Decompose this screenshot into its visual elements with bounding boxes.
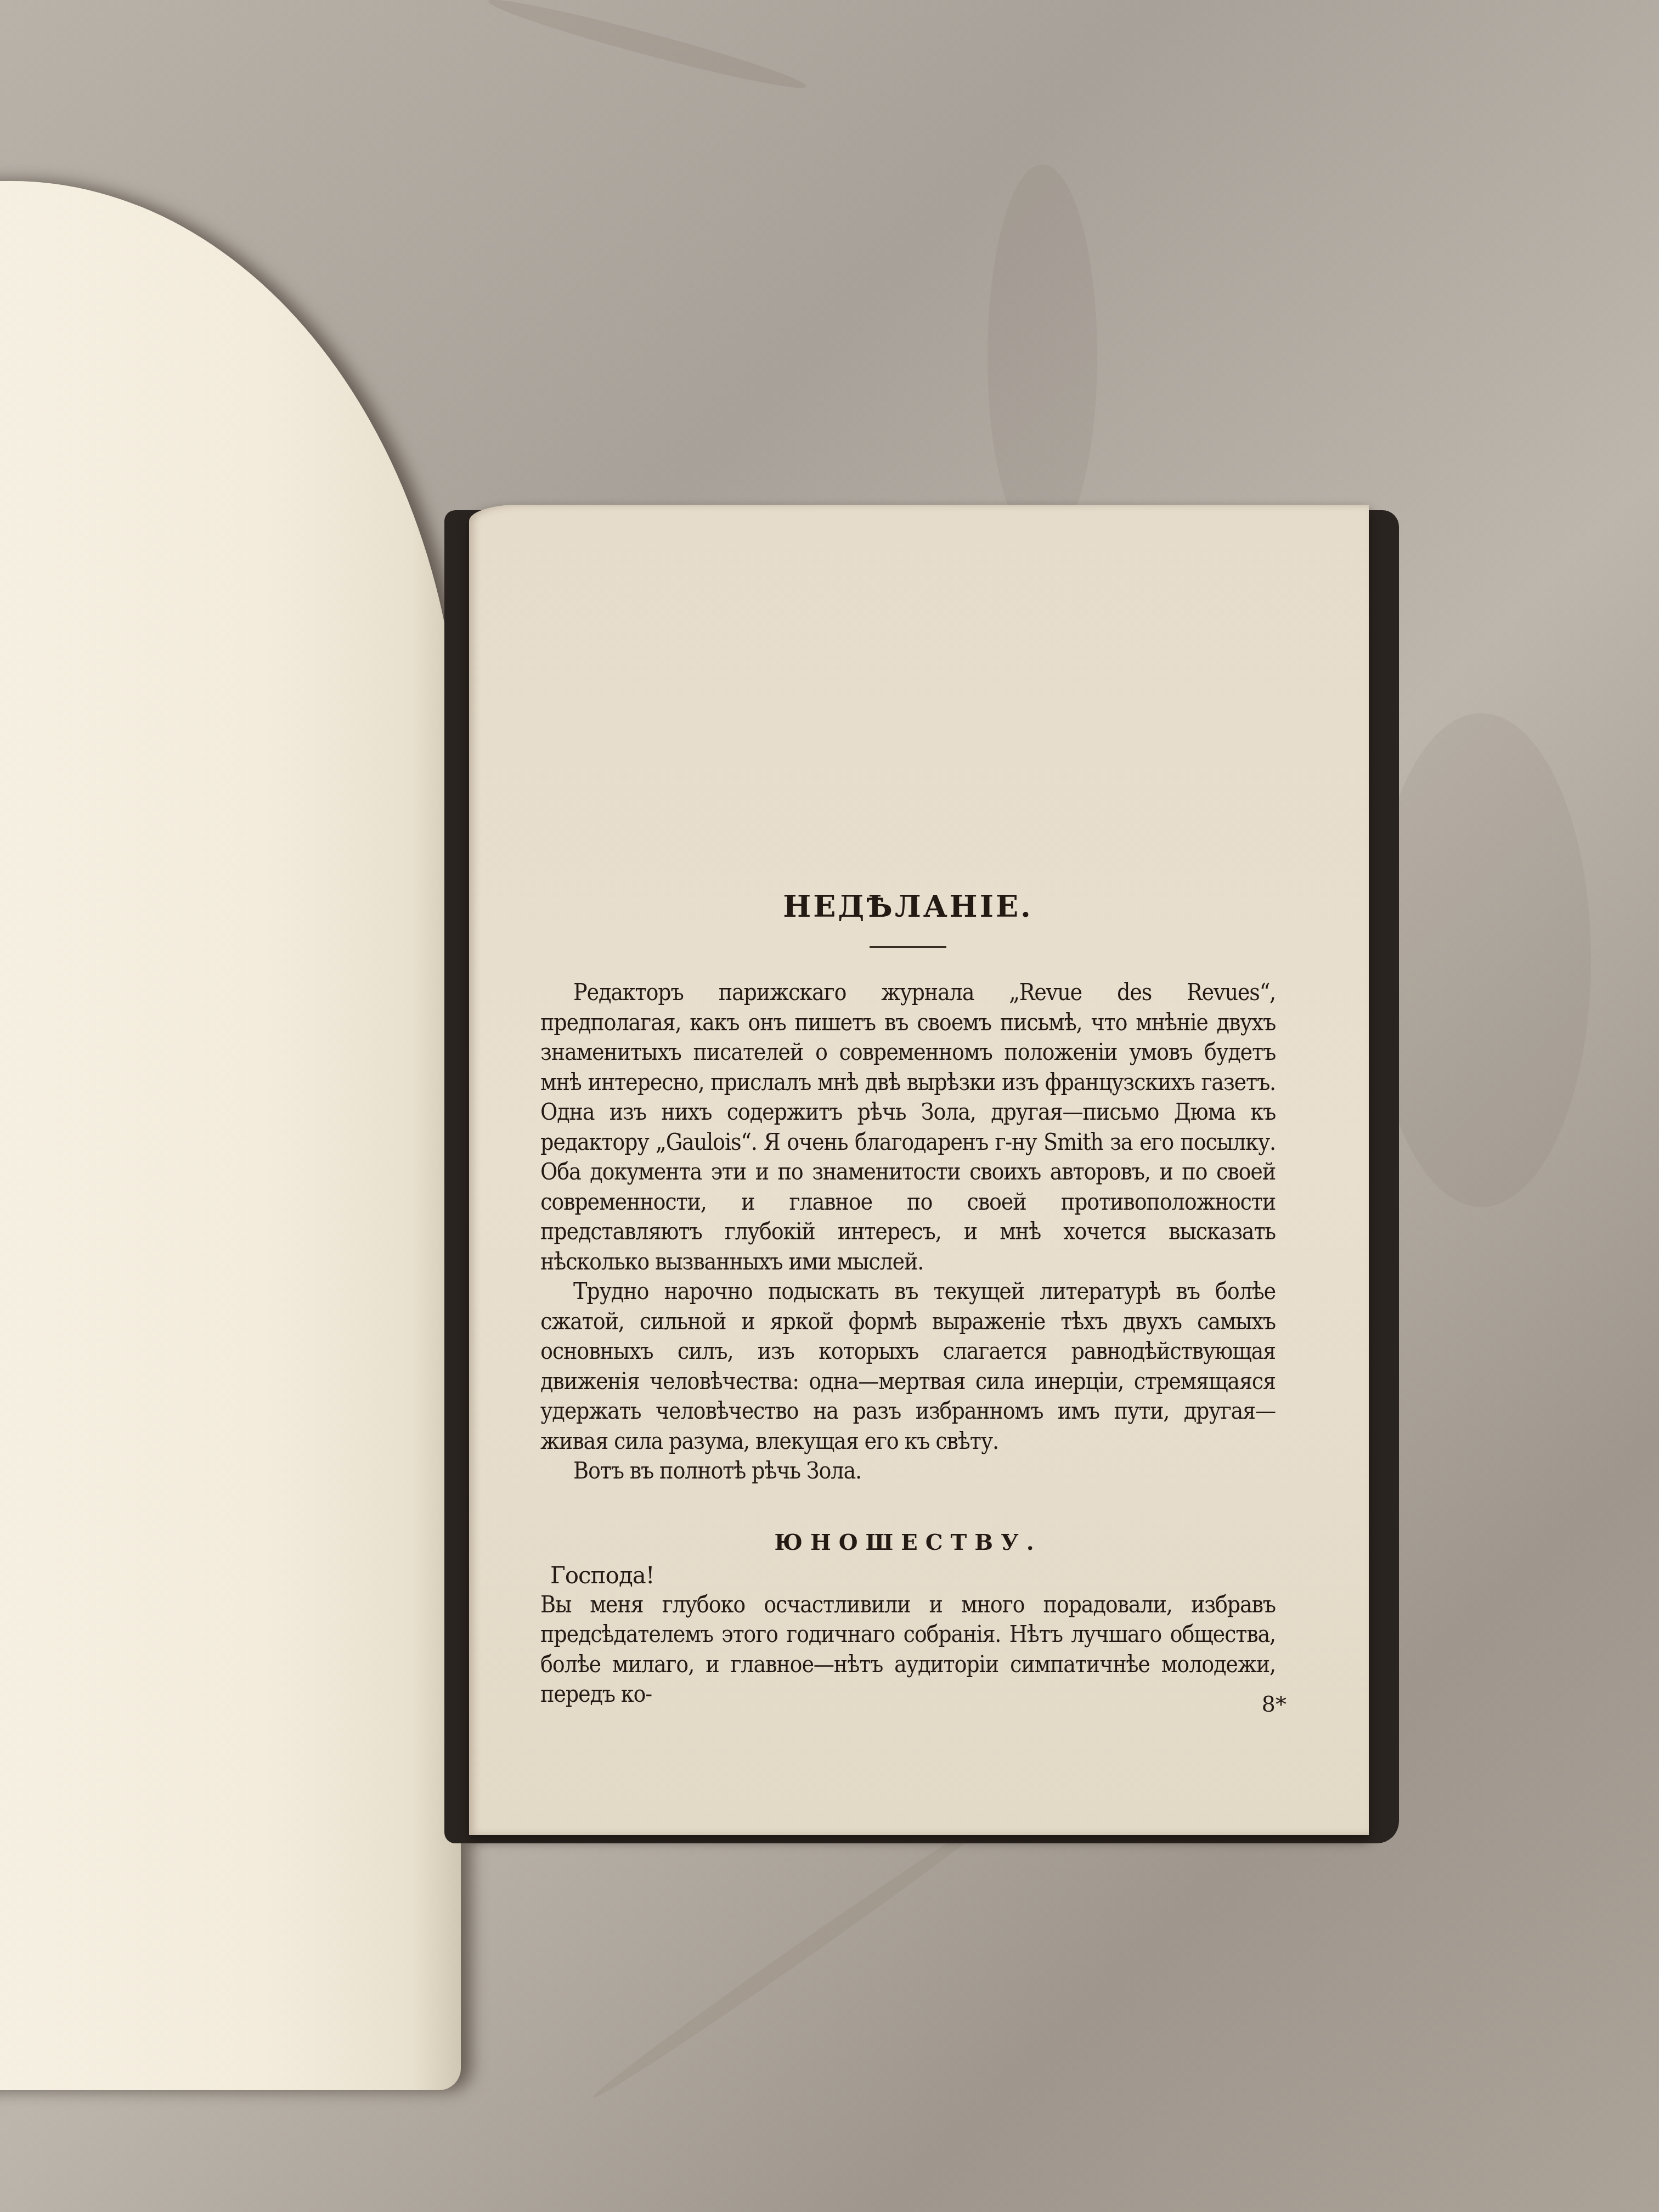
- marble-vein: [1372, 713, 1591, 1207]
- paragraph: Редакторъ парижскаго журнала „Revue des …: [540, 978, 1276, 1277]
- paragraph: Трудно нарочно подыскать въ текущей лите…: [540, 1277, 1276, 1457]
- left-page-blank: [0, 181, 461, 2090]
- section-subheading: ЮНОШЕСТВУ.: [540, 1530, 1276, 1555]
- chapter-heading: НЕДѢЛАНІЕ.: [540, 889, 1276, 924]
- marble-vein: [589, 1808, 1002, 2104]
- salutation: Господа!: [550, 1561, 1276, 1590]
- page-number: 8*: [1262, 1692, 1286, 1717]
- page-text: НЕДѢЛАНІЕ. Редакторъ парижскаго журнала …: [540, 889, 1276, 1710]
- right-page: НЕДѢЛАНІЕ. Редакторъ парижскаго журнала …: [469, 505, 1369, 1835]
- paragraph: Вы меня глубоко осчастливили и много пор…: [540, 1590, 1276, 1710]
- paragraph: Вотъ въ полнотѣ рѣчь Зола.: [540, 1457, 1276, 1487]
- heading-rule: [870, 946, 946, 948]
- marble-vein: [988, 165, 1097, 549]
- marble-vein: [486, 0, 809, 97]
